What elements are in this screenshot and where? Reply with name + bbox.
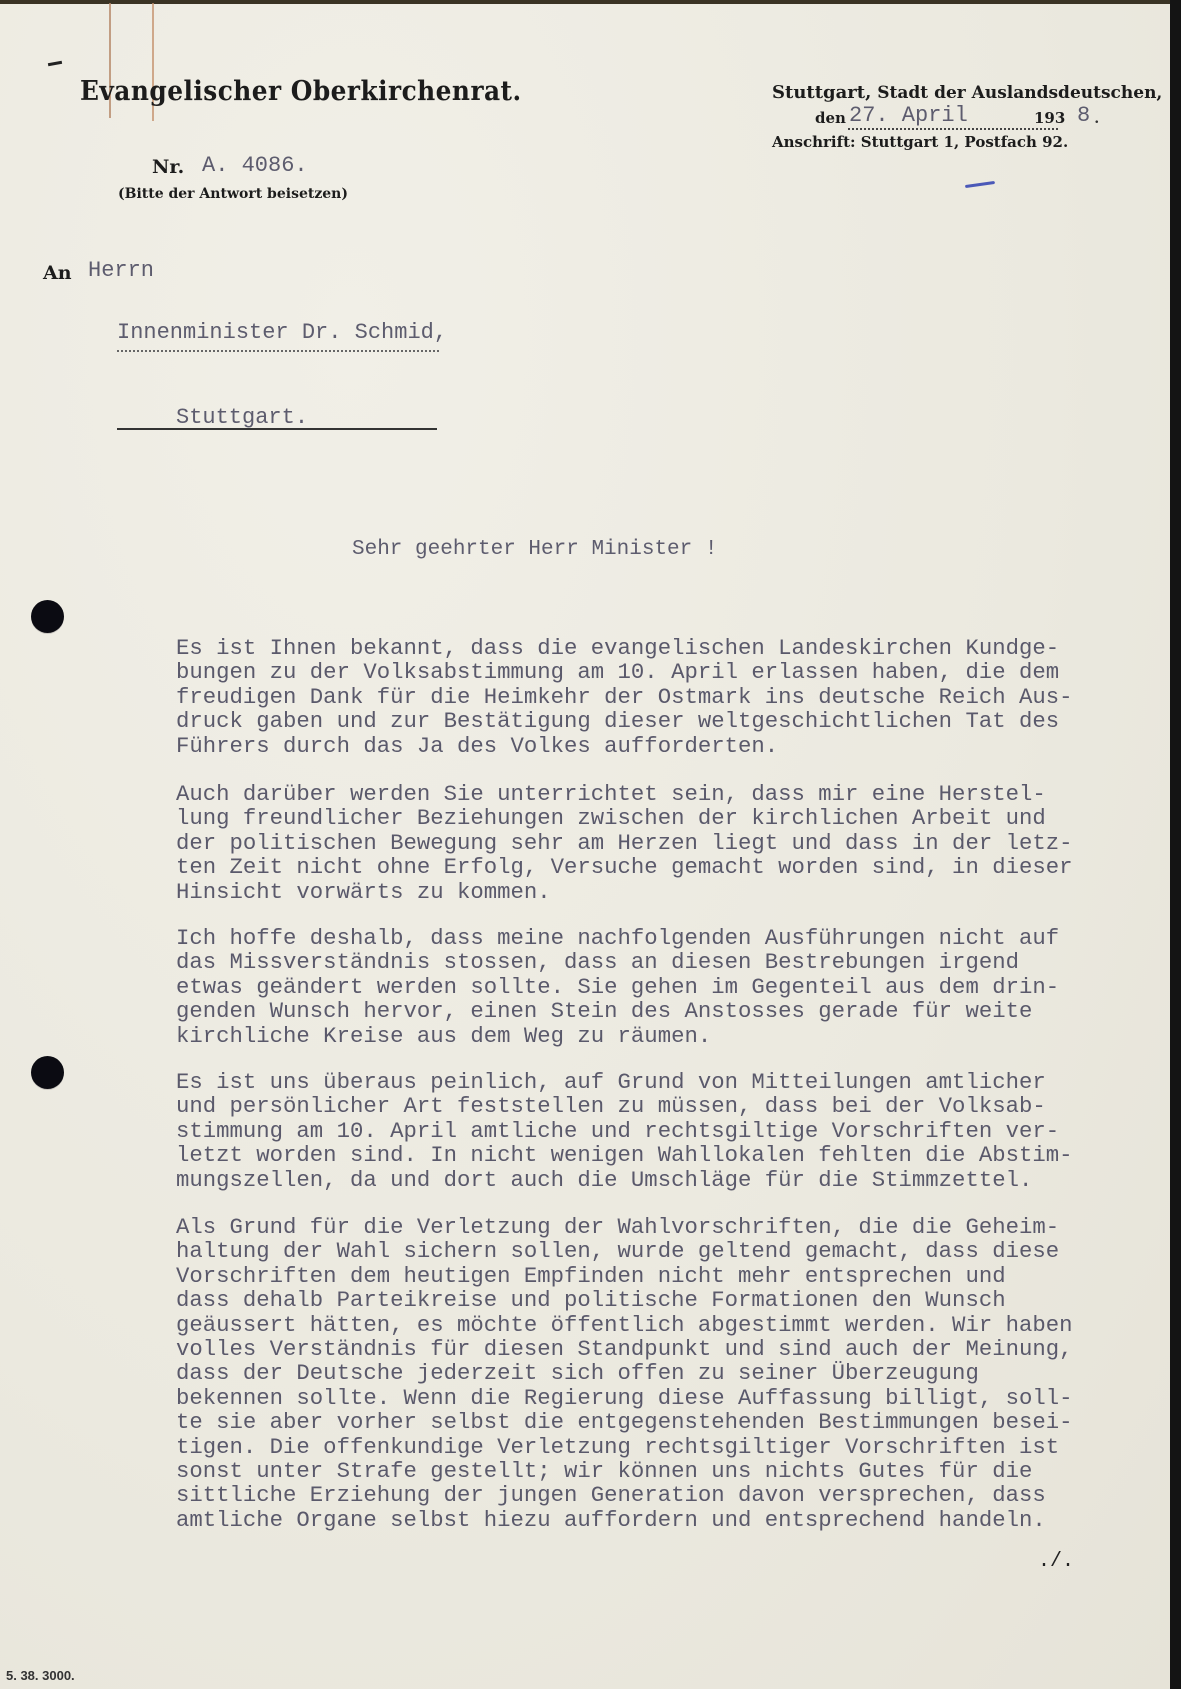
year-prefix: 193 xyxy=(1034,109,1065,127)
body-paragraph: Es ist uns überaus peinlich, auf Grund v… xyxy=(176,1070,1166,1192)
scan-edge-top xyxy=(0,0,1181,4)
organization-name: Evangelischer Oberkirchenrat. xyxy=(80,76,522,107)
print-code: 5. 38. 3000. xyxy=(6,1668,75,1683)
salutation: Sehr geehrter Herr Minister ! xyxy=(352,538,717,561)
margin-mark xyxy=(48,61,62,66)
text-line: tigen. Die offenkundige Verletzung recht… xyxy=(176,1435,1166,1459)
text-line: das Missverständnis stossen, dass an die… xyxy=(176,950,1166,974)
text-line: Als Grund für die Verletzung der Wahlvor… xyxy=(176,1215,1166,1239)
punch-hole xyxy=(31,1056,64,1089)
text-line: Auch darüber werden Sie unterrichtet sei… xyxy=(176,782,1166,806)
recipient-name: Innenminister Dr. Schmid, xyxy=(117,320,447,345)
text-line: dass dehalb Parteikreise und politische … xyxy=(176,1288,1166,1312)
text-line: ten Zeit nicht ohne Erfolg, Versuche gem… xyxy=(176,855,1166,879)
text-line: freudigen Dank für die Heimkehr der Ostm… xyxy=(176,685,1166,709)
text-line: bungen zu der Volksabstimmung am 10. Apr… xyxy=(176,660,1166,684)
text-line: druck gaben und zur Bestätigung dieser w… xyxy=(176,709,1166,733)
text-line: der politischen Bewegung sehr am Herzen … xyxy=(176,831,1166,855)
text-line: genden Wunsch hervor, einen Stein des An… xyxy=(176,999,1166,1023)
reference-number: A. 4086. xyxy=(202,153,308,178)
recipient-city: Stuttgart. xyxy=(176,405,308,430)
body-paragraph: Ich hoffe deshalb, dass meine nachfolgen… xyxy=(176,926,1166,1048)
recipient-city-underline xyxy=(117,428,437,430)
body-paragraph: Als Grund für die Verletzung der Wahlvor… xyxy=(176,1215,1166,1532)
text-line: bekennen sollte. Wenn die Regierung dies… xyxy=(176,1386,1166,1410)
reference-note: (Bitte der Antwort beisetzen) xyxy=(118,186,348,202)
text-line: und persönlicher Art feststellen zu müss… xyxy=(176,1094,1166,1118)
date-value: 27. April xyxy=(849,103,968,128)
blue-pencil-mark xyxy=(965,181,995,188)
text-line: sittliche Erziehung der jungen Generatio… xyxy=(176,1483,1166,1507)
recipient-prefix: An xyxy=(43,262,72,284)
text-line: Hinsicht vorwärts zu kommen. xyxy=(176,880,1166,904)
text-line: Vorschriften dem heutigen Empfinden nich… xyxy=(176,1264,1166,1288)
city-name: Stuttgart, xyxy=(772,82,871,103)
text-line: mungszellen, da und dort auch die Umschl… xyxy=(176,1168,1166,1192)
recipient-dotted-line xyxy=(117,350,439,352)
text-line: Es ist Ihnen bekannt, dass die evangelis… xyxy=(176,636,1166,660)
postal-address: Anschrift: Stuttgart 1, Postfach 92. xyxy=(772,133,1068,151)
recipient-title: Herrn xyxy=(88,258,154,283)
city-epithet: Stadt der Auslandsdeutschen, xyxy=(871,83,1162,103)
body-paragraph: Es ist Ihnen bekannt, dass die evangelis… xyxy=(176,636,1166,758)
date-prefix: den xyxy=(815,109,846,127)
text-line: etwas geändert werden sollte. Sie gehen … xyxy=(176,975,1166,999)
text-line: kirchliche Kreise aus dem Weg zu räumen. xyxy=(176,1024,1166,1048)
year-digit: 8 xyxy=(1077,103,1090,128)
text-line: letzt worden sind. In nicht wenigen Wahl… xyxy=(176,1143,1166,1167)
year-suffix: . xyxy=(1094,103,1100,129)
scan-edge-right xyxy=(1170,0,1181,1689)
body-paragraph: Auch darüber werden Sie unterrichtet sei… xyxy=(176,782,1166,904)
reference-label: Nr. xyxy=(152,156,184,178)
text-line: stimmung am 10. April amtliche und recht… xyxy=(176,1119,1166,1143)
text-line: haltung der Wahl sichern sollen, wurde g… xyxy=(176,1239,1166,1263)
city-line: Stuttgart, Stadt der Auslandsdeutschen, xyxy=(772,82,1162,103)
text-line: te sie aber vorher selbst die entgegenst… xyxy=(176,1410,1166,1434)
text-line: Ich hoffe deshalb, dass meine nachfolgen… xyxy=(176,926,1166,950)
text-line: sonst unter Strafe gestellt; wir können … xyxy=(176,1459,1166,1483)
date-dotted-line xyxy=(848,128,1058,130)
letter-page: Evangelischer Oberkirchenrat. Nr. A. 408… xyxy=(0,0,1170,1689)
text-line: volles Verständnis für diesen Standpunkt… xyxy=(176,1337,1166,1361)
text-line: Führers durch das Ja des Volkes aufforde… xyxy=(176,734,1166,758)
text-line: lung freundlicher Beziehungen zwischen d… xyxy=(176,806,1166,830)
text-line: geäussert hätten, es möchte öffentlich a… xyxy=(176,1313,1166,1337)
text-line: amtliche Organe selbst hiezu auffordern … xyxy=(176,1508,1166,1532)
text-line: Es ist uns überaus peinlich, auf Grund v… xyxy=(176,1070,1166,1094)
continuation-mark: ./. xyxy=(1038,1550,1074,1573)
punch-hole xyxy=(31,600,64,633)
text-line: dass der Deutsche jederzeit sich offen z… xyxy=(176,1361,1166,1385)
